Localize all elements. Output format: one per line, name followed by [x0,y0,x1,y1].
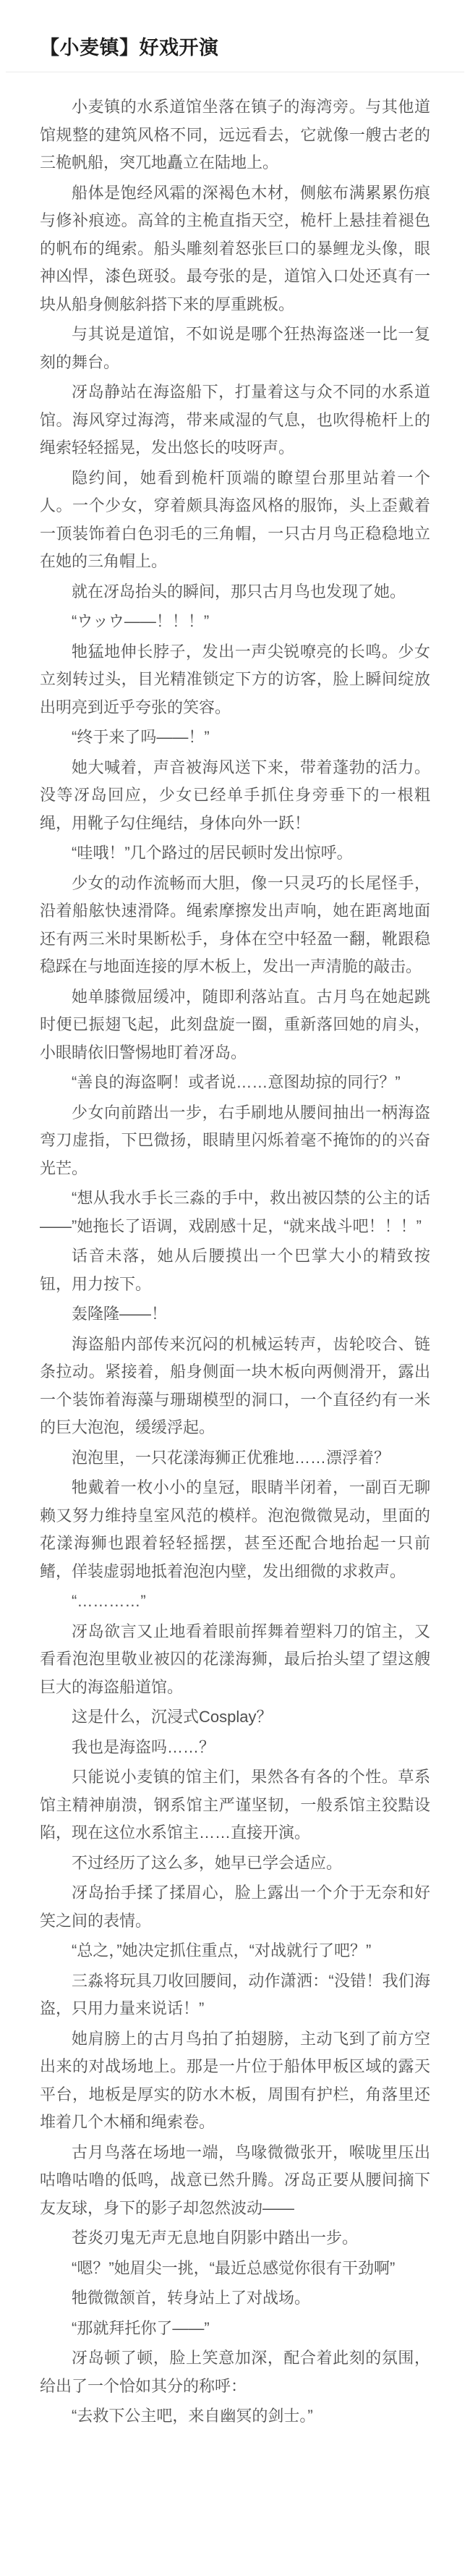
page-title: 【小麦镇】好戏开演 [40,35,430,61]
paragraph: 牠戴着一枚小小的皇冠，眼睛半闭着，一副百无聊赖又努力维持皇室风范的模样。泡泡微微… [40,1474,430,1585]
paragraph: “…………” [40,1588,430,1616]
paragraph: 只能说小麦镇的馆主们，果然各有各的个性。草系馆主精神崩溃，钢系馆主严谨坚韧，一般… [40,1763,430,1847]
paragraph: “哇哦！”几个路过的居民顿时发出惊呼。 [40,839,430,868]
paragraph: 泡泡里，一只花漾海狮正优雅地……漂浮着？ [40,1444,430,1473]
paragraph: 少女的动作流畅而大胆，像一只灵巧的长尾怪手，沿着船舷快速滑降。绳索摩擦发出声响，… [40,870,430,981]
paragraph: 小麦镇的水系道馆坐落在镇子的海湾旁。与其他道馆规整的建筑风格不同，远远看去，它就… [40,93,430,177]
paragraph: 冴岛欲言又止地看着眼前挥舞着塑料刀的馆主，又看看泡泡里敬业被囚的花漾海狮，最后抬… [40,1618,430,1702]
reader-page: 【小麦镇】好戏开演 小麦镇的水系道馆坐落在镇子的海湾旁。与其他道馆规整的建筑风格… [0,0,470,2476]
paragraph: 少女向前踏出一步，右手刷地从腰间抽出一柄海盗弯刀虚指，下巴微扬，眼睛里闪烁着毫不… [40,1099,430,1183]
paragraph: “去救下公主吧，来自幽冥的剑士。” [40,2402,430,2431]
paragraph: 我也是海盗吗……？ [40,1734,430,1762]
paragraph: 冴岛顿了顿，脸上笑意加深，配合着此刻的氛围，给出了一个恰如其分的称呼： [40,2344,430,2400]
paragraph: 牠猛地伸长脖子，发出一声尖锐嘹亮的长鸣。少女立刻转过头，目光精准锁定下方的访客，… [40,638,430,722]
paragraph: 海盗船内部传来沉闷的机械运转声，齿轮咬合、链条拉动。紧接着，船身侧面一块木板向两… [40,1331,430,1442]
paragraph: 牠微微颔首，转身站上了对战场。 [40,2284,430,2313]
article-body: 小麦镇的水系道馆坐落在镇子的海湾旁。与其他道馆规整的建筑风格不同，远远看去，它就… [0,72,470,2476]
paragraph: “总之，”她决定抓住重点，“对战就行了吧？” [40,1937,430,1965]
paragraph: “ウッウ——！！！” [40,608,430,636]
paragraph: 冴岛抬手揉了揉眉心，脸上露出一个介于无奈和好笑之间的表情。 [40,1879,430,1935]
paragraph: 船体是饱经风霜的深褐色木材，侧舷布满累累伤痕与修补痕迹。高耸的主桅直指天空，桅杆… [40,179,430,319]
paragraph: 轰隆隆——！ [40,1300,430,1329]
paragraph: 隐约间，她看到桅杆顶端的瞭望台那里站着一个人。一个少女，穿着颇具海盗风格的服饰，… [40,465,430,576]
paragraph: “嗯？”她眉尖一挑，“最近总感觉你很有干劲啊” [40,2255,430,2283]
paragraph: “想从我水手长三淼的手中，救出被囚禁的公主的话——”她拖长了语调，戏剧感十足，“… [40,1185,430,1240]
paragraph: 她单膝微屈缓冲，随即利落站直。古月鸟在她起跳时便已振翅飞起，此刻盘旋一圈，重新落… [40,983,430,1067]
paragraph: 不过经历了这么多，她早已学会适应。 [40,1850,430,1878]
paragraph: 苍炎刃鬼无声无息地自阴影中踏出一步。 [40,2224,430,2253]
paragraph: 话音未落，她从后腰摸出一个巴掌大小的精致按钮，用力按下。 [40,1242,430,1298]
paragraph: 这是什么，沉浸式Cosplay？ [40,1703,430,1732]
paragraph: 她大喊着，声音被海风送下来，带着蓬勃的活力。没等冴岛回应，少女已经单手抓住身旁垂… [40,754,430,838]
paragraph: 冴岛静站在海盗船下，打量着这与众不同的水系道馆。海风穿过海湾，带来咸湿的气息，也… [40,378,430,462]
paragraph: 三淼将玩具刀收回腰间，动作潇洒：“没错！我们海盗，只用力量来说话！” [40,1967,430,2023]
paragraph: 就在冴岛抬头的瞬间，那只古月鸟也发现了她。 [40,578,430,606]
paragraph: 古月鸟落在场地一端，鸟喙微微张开，喉咙里压出咕噜咕噜的低鸣，战意已然升腾。冴岛正… [40,2139,430,2223]
paragraph: “那就拜托你了——” [40,2315,430,2343]
paragraph: 她肩膀上的古月鸟拍了拍翅膀，主动飞到了前方空出来的对战场地上。那是一片位于船体甲… [40,2025,430,2137]
paragraph: “终于来了吗——！” [40,724,430,752]
paragraph: “善良的海盗啊！或者说……意图劫掠的同行？” [40,1069,430,1097]
paragraph: 与其说是道馆，不如说是哪个狂热海盗迷一比一复刻的舞台。 [40,321,430,376]
